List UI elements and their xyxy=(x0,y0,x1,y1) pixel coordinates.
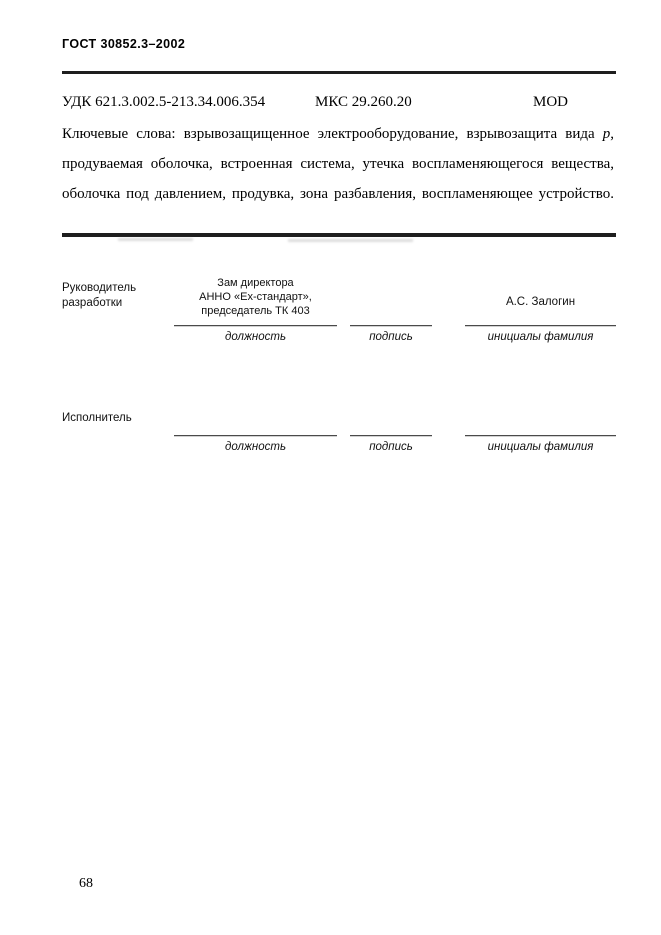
position-line-2: АННО «Ex-стандарт», xyxy=(174,290,337,304)
scan-artifact xyxy=(288,239,413,242)
position-line-3: председатель ТК 403 xyxy=(174,304,337,318)
signature-line-position-1 xyxy=(174,325,337,326)
label-position-2: должность xyxy=(174,441,337,453)
horizontal-rule-bottom xyxy=(62,233,616,237)
signature-line-sign-2 xyxy=(350,435,432,436)
keywords-line-1-tail: , xyxy=(610,126,614,142)
signature-role-head: Руководитель разработки xyxy=(62,281,182,310)
position-line-1: Зам директора xyxy=(174,276,337,290)
label-name-1: инициалы фамилия xyxy=(465,331,616,343)
keywords-line-2: продуваемая оболочка, встроенная система… xyxy=(62,149,614,179)
signature-line-name-1 xyxy=(465,325,616,326)
mod-label: MOD xyxy=(533,94,568,111)
signature-line-name-2 xyxy=(465,435,616,436)
signature-role-executor: Исполнитель xyxy=(62,411,202,426)
mks-code: МКС 29.260.20 xyxy=(315,94,412,111)
signature-line-sign-1 xyxy=(350,325,432,326)
horizontal-rule-top xyxy=(62,71,616,74)
keywords-line-1-text: Ключевые слова: взрывозащищенное электро… xyxy=(62,126,603,142)
label-position-1: должность xyxy=(174,331,337,343)
keywords-line-3: оболочка под давлением, продувка, зона р… xyxy=(62,179,614,209)
label-sign-2: подпись xyxy=(350,441,432,453)
document-code: ГОСТ 30852.3–2002 xyxy=(62,37,185,51)
page-number: 68 xyxy=(79,876,93,892)
signature-line-position-2 xyxy=(174,435,337,436)
signature-name: А.С. Залогин xyxy=(465,296,616,308)
keywords-paragraph: Ключевые слова: взрывозащищенное электро… xyxy=(62,119,614,209)
signature-position-text: Зам директора АННО «Ex-стандарт», предсе… xyxy=(174,276,337,318)
label-sign-1: подпись xyxy=(350,331,432,343)
keywords-line-1: Ключевые слова: взрывозащищенное электро… xyxy=(62,119,614,149)
scan-artifact xyxy=(118,238,193,241)
document-page: ГОСТ 30852.3–2002 УДК 621.3.002.5-213.34… xyxy=(0,0,661,935)
udk-code: УДК 621.3.002.5-213.34.006.354 xyxy=(62,94,265,111)
label-name-2: инициалы фамилия xyxy=(465,441,616,453)
